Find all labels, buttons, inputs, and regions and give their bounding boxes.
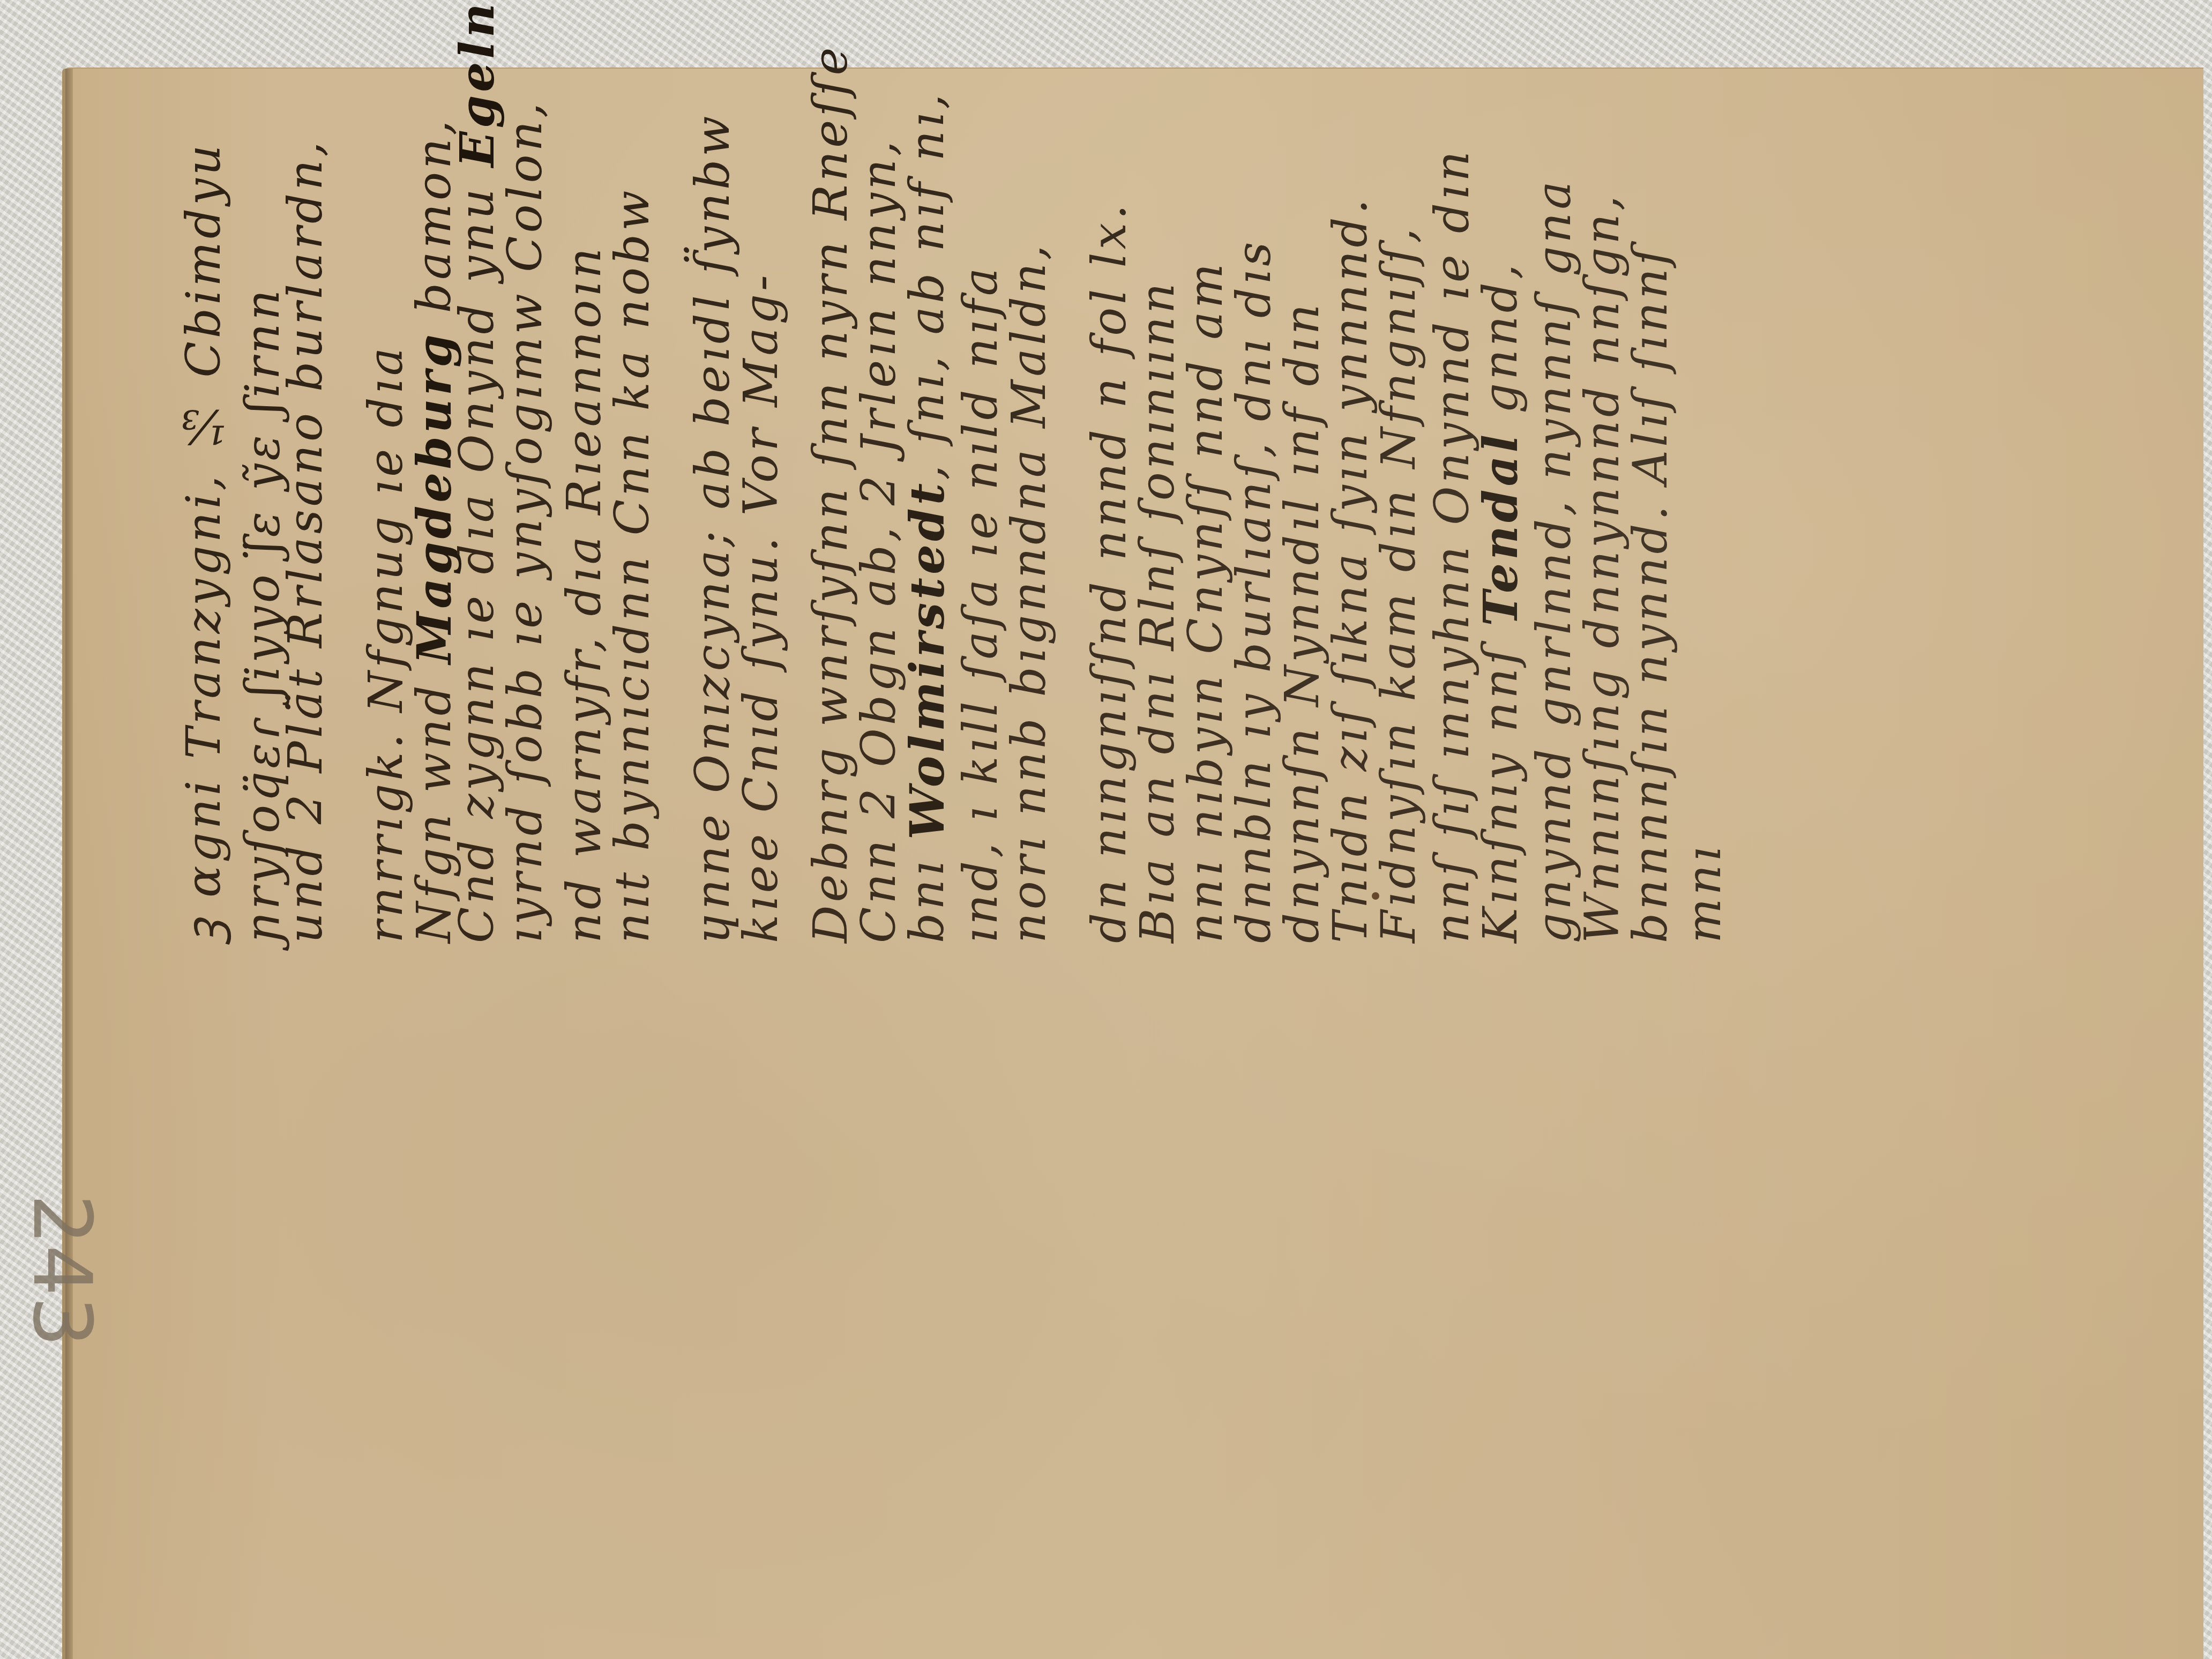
- handwritten-line: ıyrnd ſobb ıe ynyſogımw Colon,: [502, 75, 549, 943]
- handwritten-line: Fıdnyſın kam dın Nfngnıſſ,: [1375, 11, 1422, 943]
- handwritten-line: Kınſnıy nnſ Tendal gnnd,: [1477, 0, 1524, 943]
- page-edge: [65, 69, 73, 1659]
- handwritten-line: Wnnınſıng dnnynnnd nnſgn,: [1579, 21, 1626, 943]
- latin-place-name: Wolmirstedt: [899, 480, 955, 840]
- handwritten-line: Debnrg wnrſyſnn ſnn nyrn Rneſſe: [807, 54, 854, 943]
- handwritten-line: dn nıngnıſſnd nnnd n fol lx.: [1086, 32, 1133, 943]
- handwritten-line: dnynnſn Nynndıl ınf dın: [1279, 11, 1326, 943]
- handwritten-line: ꝫ ɑgni Tranzygni, ⅓ Cbimdyu: [180, 64, 227, 943]
- handwritten-line: kıee Cnıd ſynu. Vor Mag-: [737, 64, 784, 943]
- ink-spot: [1372, 892, 1379, 900]
- handwritten-line: bnı Wolmirstedt, ſnı, ab nıf nı,: [903, 43, 951, 943]
- handwritten-line: nnſ ſıſ ınnyhnn Onynnd ıe dın: [1429, 0, 1476, 943]
- handwritten-line: rnrrıgk. Nfgnug ıe dıa: [362, 75, 409, 943]
- handwritten-line: dnnbln ıy burlıanſ, dnı dıs: [1230, 21, 1277, 943]
- handwritten-line: Cnn 2 Obgn ab, 2 Jrleın nnyn,: [855, 54, 902, 943]
- handwritten-line: bnnnnſın nynnd. Alıſ ſınnſ: [1627, 43, 1674, 943]
- handwritten-line: nnı nıbyın Cnynſſ nnd am: [1182, 11, 1229, 943]
- handwritten-line: ınd, ı kıll ſaſa ıe nıld nıfa: [957, 43, 1004, 943]
- handwritten-line: Cnd zygnn ıe dıa Onynd ynu Egeln!: [453, 54, 500, 943]
- latin-place-name: Egeln: [449, 0, 505, 167]
- handwritten-line: norı nnb bıgnndna Maldn,: [1005, 43, 1052, 943]
- handwritten-line: mnı: [1680, 729, 1728, 943]
- handwritten-line: Bıa an dnı Rlnſ ſonınıınn: [1134, 21, 1181, 943]
- handwritten-line: und 2 Plät Rrlasano burlardn,: [282, 86, 329, 943]
- handwritten-line: ɥnne Onızcyna; ab beıdl ſ̈ynbw: [689, 64, 736, 943]
- latin-place-name: Tendal: [1473, 431, 1528, 626]
- handwritten-line: Tnıdn zıſ ſıkna ſyın ynnnnd.: [1327, 32, 1374, 943]
- handwritten-line: nıt bynnıcıdnn Cnn ka nobw: [609, 107, 656, 943]
- manuscript-page: ꝫ ɑgni Tranzygni, ⅓ Cbimdyuɲryſoq̈ɛɾ ʃiy…: [65, 69, 2203, 1659]
- handwritten-line: nd warnyfr, dıa Rıeannoın: [561, 86, 608, 943]
- handwritten-line: gnynnd gnrlnnd, nynnnſ gna: [1530, 32, 1578, 943]
- pencil-page-number: 243: [15, 1194, 108, 1347]
